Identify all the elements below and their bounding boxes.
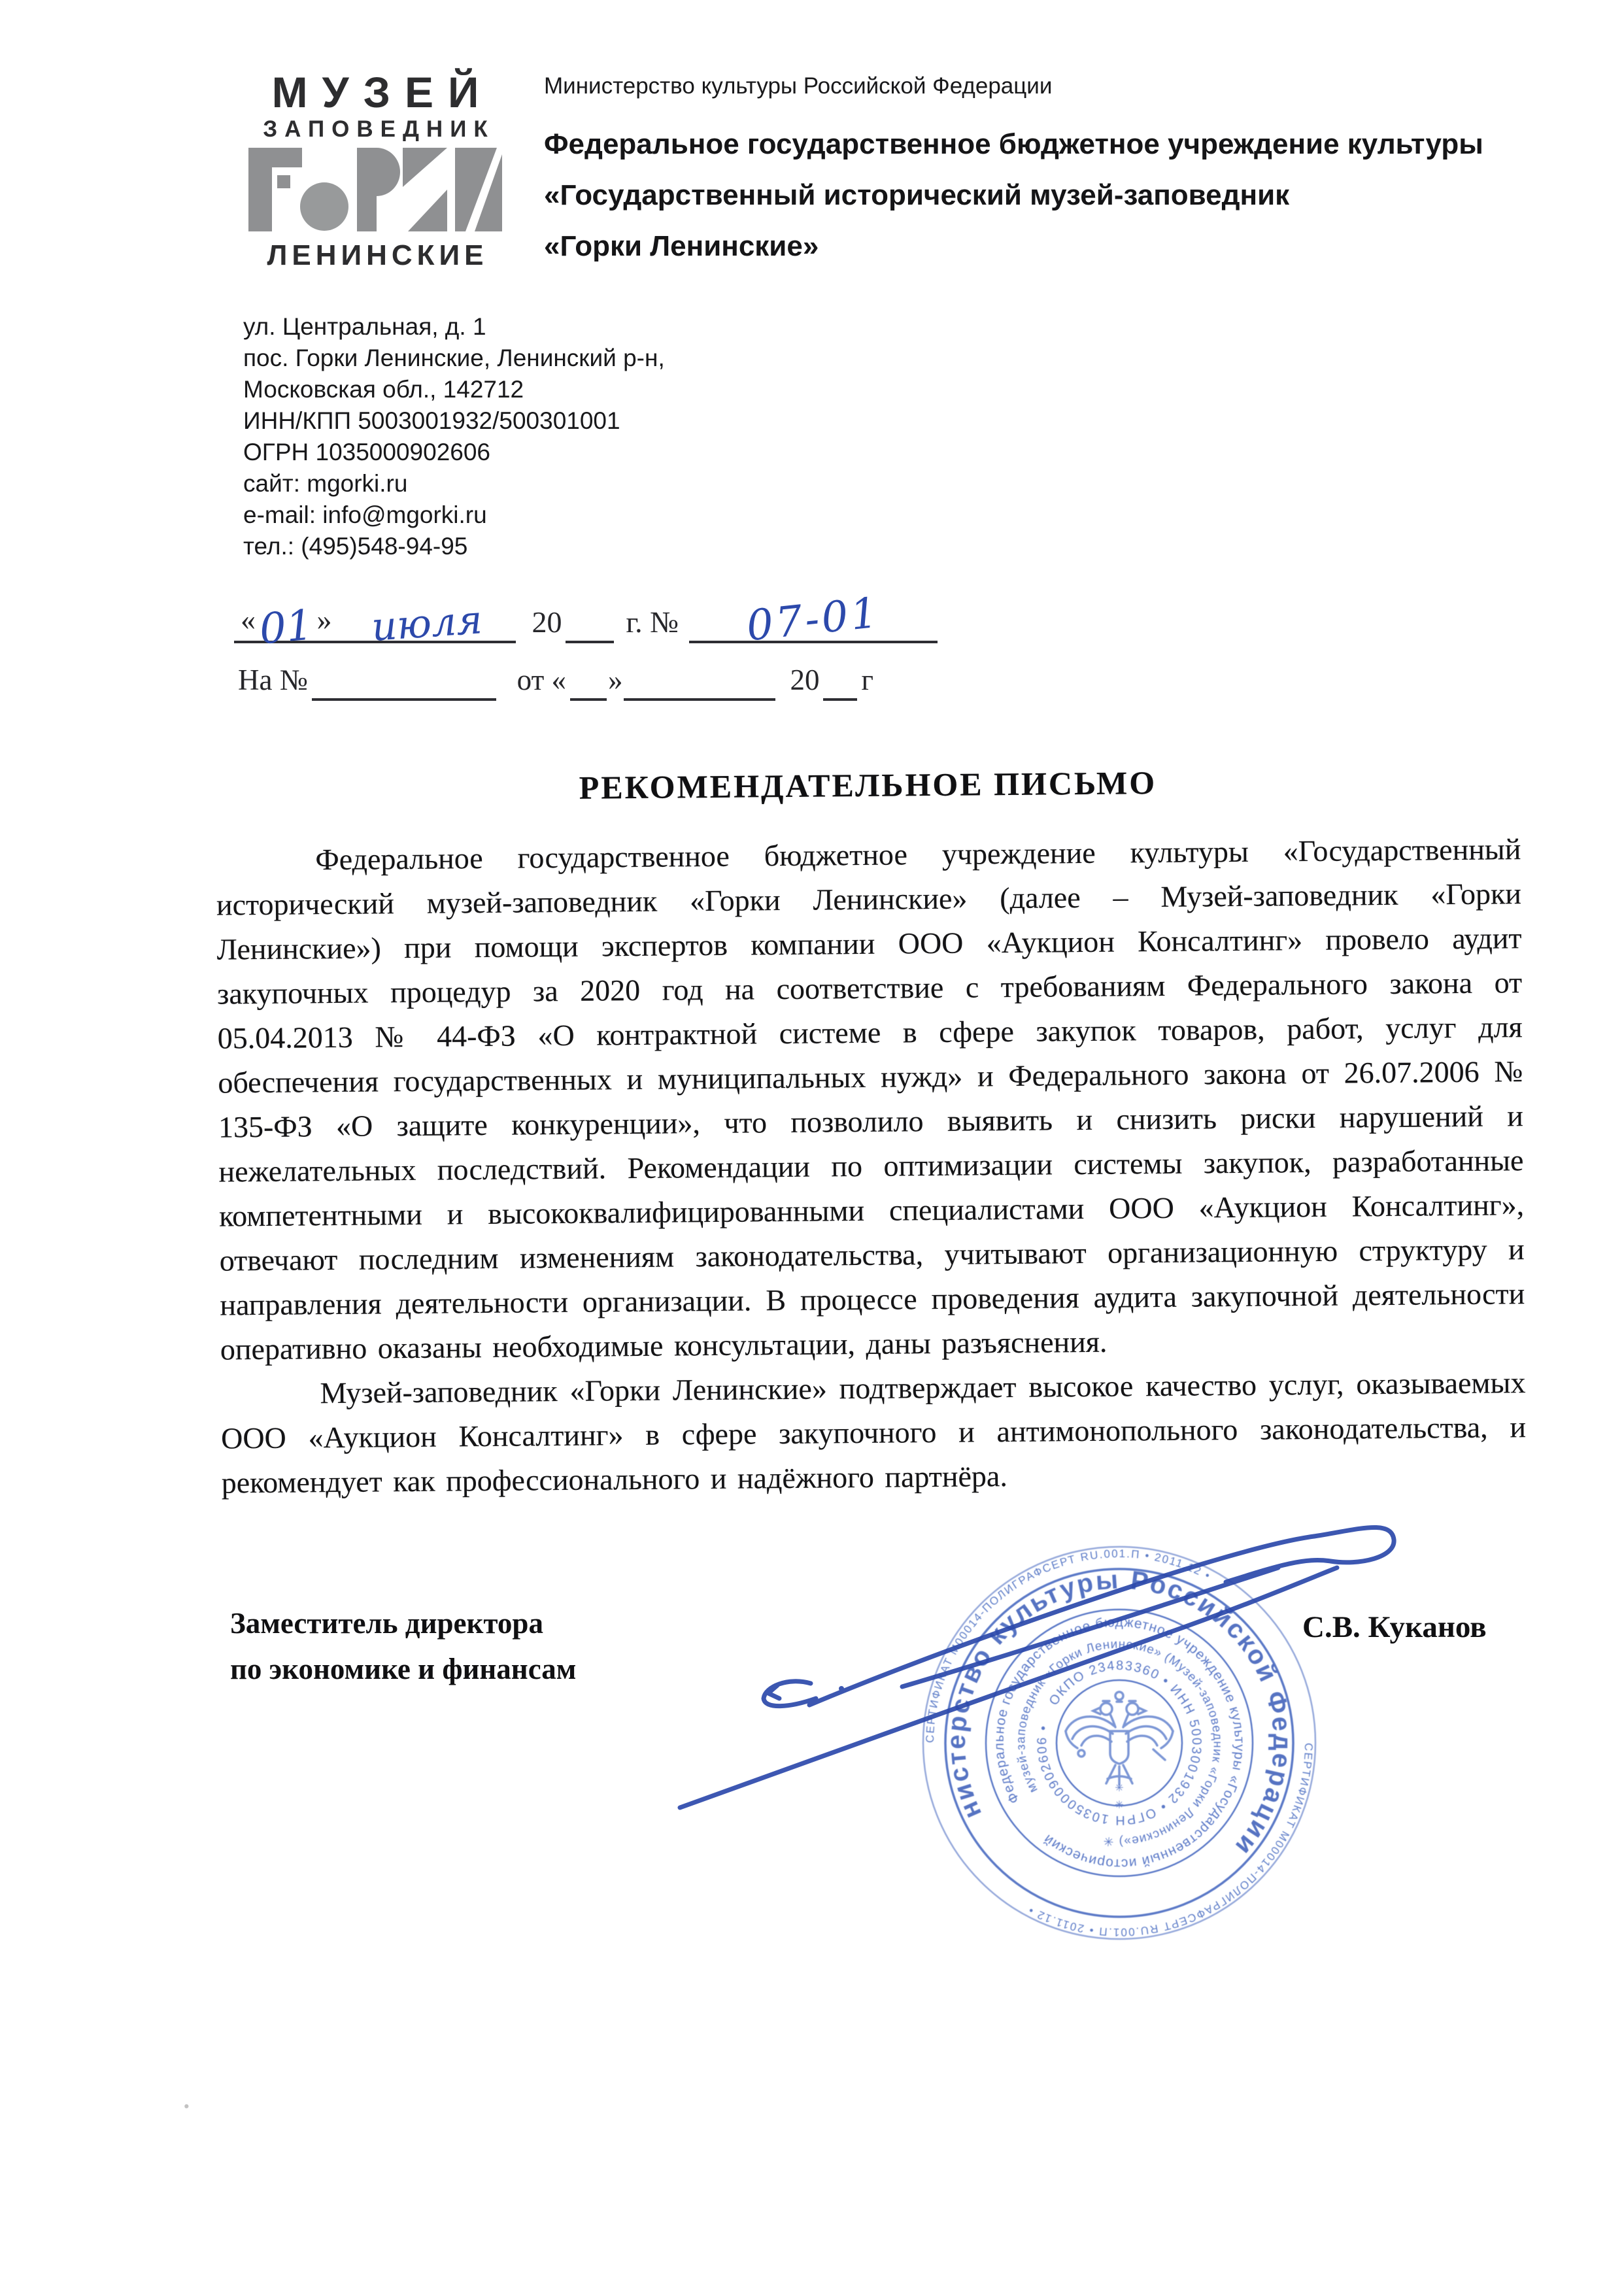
address-region: Московская обл., 142712 — [243, 374, 665, 405]
handwritten-month: июля — [371, 600, 484, 647]
letter-body: Федеральное государственное бюджетное уч… — [216, 827, 1527, 1505]
handwritten-doc-number: 07-01 — [745, 593, 882, 646]
org-name-line-3: «Горки Ленинские» — [544, 230, 819, 263]
body-paragraph-2: Музей-заповедник «Горки Ленинские» подтв… — [220, 1360, 1527, 1505]
month-blank: июля — [338, 578, 516, 643]
address-email: e-mail: info@mgorki.ru — [243, 499, 665, 531]
reply-close-quote: » — [607, 659, 624, 701]
letter-title: РЕКОМЕНДАТЕЛЬНОЕ ПИСЬМО — [215, 760, 1520, 809]
address-phone: тел.: (495)548-94-95 — [243, 531, 665, 562]
handwritten-day: 01 — [258, 606, 314, 650]
address-street: ул. Центральная, д. 1 — [243, 311, 665, 343]
year-suffix-number-sign: г. № — [622, 601, 683, 643]
gorki-logo-icon — [247, 146, 503, 236]
na-number-label: На № — [234, 659, 312, 701]
close-quote: » — [313, 599, 335, 641]
open-quote: « — [237, 599, 260, 641]
reply-reference-line: На № от « » 20 г — [234, 655, 877, 701]
address-website: сайт: mgorki.ru — [243, 468, 665, 499]
year-blank — [566, 578, 614, 643]
logo-word-muzey: МУЗЕЙ — [247, 69, 518, 115]
ot-label: от « — [513, 659, 570, 701]
reply-year-blank — [823, 652, 857, 701]
outgoing-date-number-line: « 01 » июля 20 г. № 07-01 — [234, 581, 938, 643]
signer-position-line-1: Заместитель директора — [230, 1600, 576, 1646]
address-ogrn: ОГРН 1035000902606 — [243, 437, 665, 468]
signer-position: Заместитель директора по экономике и фин… — [230, 1600, 576, 1692]
year-prefix: 20 — [528, 601, 566, 643]
body-paragraph-1: Федеральное государственное бюджетное уч… — [216, 827, 1525, 1372]
reply-g-label: г — [857, 659, 877, 701]
number-blank: 07-01 — [689, 578, 938, 643]
letter-content: РЕКОМЕНДАТЕЛЬНОЕ ПИСЬМО Федеральное госу… — [0, 0, 1616, 3]
logo-word-zapovednik: ЗАПОВЕДНИК — [247, 116, 511, 143]
scan-artifact-mark: ᭼ — [178, 2090, 195, 2127]
date-day-group: « 01 » — [234, 578, 338, 643]
scanned-letter-page: МУЗЕЙ ЗАПОВЕДНИК ЛЕНИНСКИЕ Мини — [0, 0, 1624, 2294]
address-inn-kpp: ИНН/КПП 5003001932/500301001 — [243, 405, 665, 437]
handwritten-signature — [641, 1497, 1478, 1968]
address-settlement: пос. Горки Ленинские, Ленинский р-н, — [243, 343, 665, 374]
reply-year-prefix: 20 — [786, 659, 823, 701]
org-name-line-1: Федеральное государственное бюджетное уч… — [544, 128, 1483, 161]
logo-word-leninskie: ЛЕНИНСКИЕ — [247, 240, 508, 271]
org-name-line-2: «Государственный исторический музей-запо… — [544, 179, 1289, 212]
ministry-line: Министерство культуры Российской Федерац… — [544, 73, 1052, 99]
reply-number-blank — [312, 652, 496, 701]
museum-logo: МУЗЕЙ ЗАПОВЕДНИК ЛЕНИНСКИЕ — [247, 69, 503, 271]
address-block: ул. Центральная, д. 1 пос. Горки Ленинск… — [243, 311, 665, 562]
reply-day-blank — [570, 652, 607, 701]
reply-month-blank — [624, 652, 775, 701]
signer-position-line-2: по экономике и финансам — [230, 1646, 576, 1692]
